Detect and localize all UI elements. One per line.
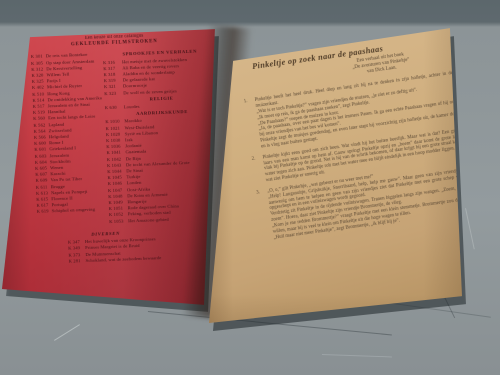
diversen-list: K 347 Het huwelijk van onze Kroonprinses… xyxy=(68,235,201,265)
catalog-number: K 281 xyxy=(69,258,86,265)
surface-scratch xyxy=(54,324,80,341)
catalog-number: K 630 xyxy=(105,104,124,111)
catalog-header: Een keuze uit onze catalogus GEKLEURDE F… xyxy=(34,32,194,51)
story-paragraphs: 1. Pinkeltje heeft het heel druk. Heel d… xyxy=(243,71,473,243)
catalog-title: AARDRIJKSKUNDE xyxy=(136,109,188,116)
surface-scratch xyxy=(465,208,475,249)
story-text-block: 1901 Pinkeltje op zoek naar de paashaas … xyxy=(238,37,473,248)
catalog-entry: K 619 Schiphol en omgeving xyxy=(37,207,109,216)
paragraph-number: 1. xyxy=(244,99,248,105)
pencil-note: 1901 xyxy=(291,35,307,42)
catalog-number: K 619 xyxy=(37,209,52,216)
catalog-title: RELIGIE xyxy=(149,95,173,101)
catalog-title: Schiphol en omgeving xyxy=(52,207,109,215)
catalog-number: K 1053 xyxy=(109,218,128,225)
paragraph-number: 2. xyxy=(251,156,255,162)
paragraph-number: 3. xyxy=(256,190,260,196)
surface-scratch xyxy=(322,354,392,357)
photo-of-open-booklet: Een keuze uit onze catalogus GEKLEURDE F… xyxy=(0,0,500,375)
catalog-number: K 323 xyxy=(104,90,123,97)
story-page: 1901 Pinkeltje op zoek naar de paashaas … xyxy=(198,20,466,332)
catalog-column-left: K 301 De reis van Bontekoe K 305 Op stap… xyxy=(31,52,110,228)
diversen-section: DIVERSEN K 347 Het huwelijk van onze Kro… xyxy=(68,228,201,265)
